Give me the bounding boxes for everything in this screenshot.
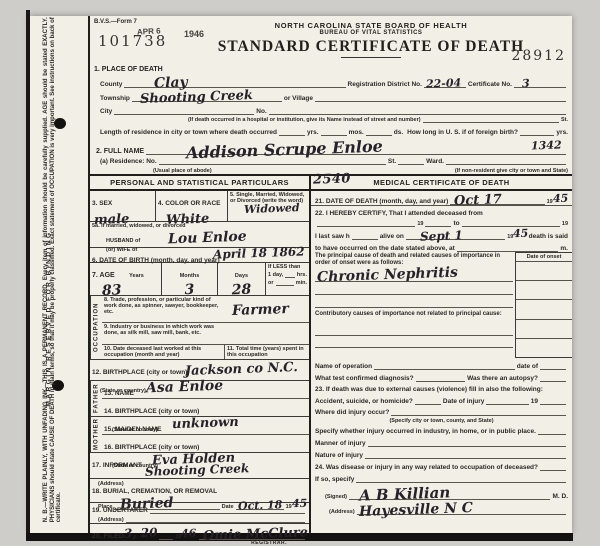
test-row: What test confirmed diagnosis? Was there… <box>311 370 572 382</box>
days-label: Days <box>235 273 248 279</box>
occurred-label: to have occurred on the date stated abov… <box>315 245 455 252</box>
autopsy-line <box>540 375 566 382</box>
board-name: NORTH CAROLINA STATE BOARD OF HEALTH <box>200 21 542 30</box>
dod-19: 19 <box>547 199 553 205</box>
registrar-line: Omie McClure <box>199 533 305 540</box>
district-label: Registration District No. <box>348 81 422 88</box>
mother-name-label: 15. MAIDEN NAME <box>104 426 161 433</box>
occupation-group: OCCUPATION 8. Trade, profession, or part… <box>90 296 309 360</box>
county-row: County Clay Registration District No. 22… <box>90 74 572 88</box>
onset-line <box>516 339 572 357</box>
burial-cell: 18. BURIAL, CREMATION, OR REMOVAL Place … <box>90 479 309 502</box>
county-line: Clay <box>124 81 345 88</box>
mother-bp-label: 16. BIRTHPLACE (city or town) <box>104 444 199 451</box>
injury-date-line <box>486 398 528 405</box>
to-line <box>462 220 560 227</box>
operation-line <box>374 363 515 370</box>
father-group: FATHER 13. NAME Asa Enloe 14. BIRTHPLACE… <box>90 381 309 417</box>
spouse-value: Lou Enloe <box>168 229 247 248</box>
years-label: Years <box>129 273 144 279</box>
bureau-name: BUREAU OF VITAL STATISTICS <box>200 30 542 36</box>
undertaker-cell: 19. UNDERTAKER (Address) <box>90 503 309 523</box>
less-line3a: or <box>268 280 274 286</box>
father-name-row: 13. NAME Asa Enloe <box>102 381 309 399</box>
ifso-label: If so, specify <box>315 476 354 483</box>
age-years-cell: 7. AGE Years 83 <box>90 263 162 295</box>
birthplace-cell: 12. BIRTHPLACE (city or town) (State or … <box>90 360 309 380</box>
onset-line <box>516 262 572 281</box>
dod-year-value: 45 <box>552 192 568 206</box>
serial-number: 28912 <box>511 48 566 64</box>
informant-row: 17. INFORMANT Eva Holden (Address) Shoot… <box>90 453 309 479</box>
certificate-paper: N. B.—WRITE PLAINLY, WITH UNFADING INK—T… <box>30 16 572 533</box>
father-bp-label: 14. BIRTHPLACE (city or town) <box>104 408 199 415</box>
cause-line-2 <box>315 282 513 295</box>
informant-cell: 17. INFORMANT Eva Holden (Address) Shoot… <box>90 453 309 478</box>
months-label: Months <box>180 273 200 279</box>
house-no-label: No. <box>256 108 266 115</box>
age-years-value: 83 <box>102 281 160 299</box>
onset-header: Date of onset <box>516 253 572 262</box>
city-note-row: (If death occurred in a hospital or inst… <box>90 115 572 123</box>
lastsaw-blank <box>352 233 378 240</box>
test-line <box>416 375 465 382</box>
totaltime-label: 11. Total time (years) spent in this occ… <box>225 345 309 359</box>
onset-line <box>516 320 572 339</box>
st-line <box>398 158 424 165</box>
sex-cell: 3. SEX male <box>90 191 156 221</box>
medical-column: 2540 MEDICAL CERTIFICATE OF DEATH 21. DA… <box>311 176 572 534</box>
manner-label: Manner of injury <box>315 440 366 447</box>
date-stamp-monthday: APR 6 <box>137 26 161 36</box>
form-number: B.V.S.—Form 7 <box>94 19 137 25</box>
spouse-label2: HUSBAND of <box>106 238 140 244</box>
certno-line: 3 <box>514 81 566 88</box>
nature-line <box>365 452 566 459</box>
occupation-vertical-label: OCCUPATION <box>90 296 102 359</box>
dod-value: Oct 17 <box>454 192 502 209</box>
industry-blank <box>224 323 309 344</box>
ward-line <box>446 158 566 165</box>
hw-number: 2540 <box>313 172 351 186</box>
accident-line <box>415 398 441 405</box>
injury-date-label: Date of injury <box>443 398 485 405</box>
trade-row: 8. Trade, profession, or particular kind… <box>102 296 309 323</box>
mother-name-row: 15. MAIDEN NAME unknown <box>102 417 309 435</box>
marital-value: Widowed <box>244 201 307 216</box>
binding-margin: N. B.—WRITE PLAINLY, WITH UNFADING INK—T… <box>30 16 90 533</box>
occurred-line <box>457 245 559 252</box>
operation-label: Name of operation <box>315 363 372 370</box>
spacer <box>96 168 151 174</box>
test-label: What test confirmed diagnosis? <box>315 375 414 382</box>
contrib-line-2 <box>315 336 513 348</box>
spouse-label1: 5a. If married, widowed, or divorced <box>92 223 307 229</box>
certify-label: 22. I HEREBY CERTIFY, That I attended de… <box>315 210 483 217</box>
mother-name-value: unknown <box>172 415 239 432</box>
ifso-line <box>356 476 566 483</box>
yrs-label: yrs. <box>307 129 319 136</box>
dateof-label: date of <box>517 363 538 370</box>
village-label: or Village <box>284 95 313 102</box>
dod-row: 21. DATE OF DEATH (month, day, and year)… <box>311 191 572 206</box>
certno-value: 3 <box>522 77 530 90</box>
place-of-death-label: 1. PLACE OF DEATH <box>94 66 163 73</box>
md-label: M. D. <box>552 493 568 500</box>
external-row: 23. If death was due to external causes … <box>311 382 572 393</box>
district-line: 22-04 <box>424 81 466 88</box>
lastsaw-label1: I last saw h <box>315 233 350 240</box>
district-value: 22-04 <box>426 76 462 90</box>
personal-column: PERSONAL AND STATISTICAL PARTICULARS 3. … <box>90 176 311 534</box>
age-days-cell: Days 28 <box>218 263 266 295</box>
filed-date-value: 3, 20 <box>124 525 158 540</box>
abode-note: (Usual place of abode) <box>153 168 212 174</box>
race-cell: 4. COLOR OR RACE White <box>156 191 228 221</box>
related-row: 24. Was disease or injury in any way rel… <box>311 459 572 471</box>
margin-reserved-text: MARGIN RESERVED FOR BINDING <box>46 217 53 407</box>
father-vertical-label: FATHER <box>90 381 102 416</box>
related-line <box>540 464 566 471</box>
mother-group: MOTHER 15. MAIDEN NAME unknown 16. BIRTH… <box>90 417 309 453</box>
undertaker-addr-line <box>126 516 305 523</box>
medical-header-text: MEDICAL CERTIFICATE OF DEATH <box>373 178 509 187</box>
manner-row: Manner of injury <box>311 435 572 447</box>
physician-address: Hayesville N C <box>358 500 472 520</box>
ds-label: ds. <box>394 129 403 136</box>
address-row: (Address) Hayesville N C <box>311 500 572 515</box>
from-year-line <box>425 220 451 227</box>
trade-label: 8. Trade, profession, or particular kind… <box>102 296 224 322</box>
house-no-line <box>269 108 566 115</box>
residence-label: (a) Residence: No. <box>100 158 157 165</box>
form-header: B.V.S.—Form 7 101738 APR 6 1946 NORTH CA… <box>90 16 572 74</box>
filed-row: 20. FILED 3, 20 19 46 Omie McClure REGIS… <box>90 524 309 546</box>
mos-line <box>321 129 347 136</box>
medical-header: 2540 MEDICAL CERTIFICATE OF DEATH <box>311 176 572 191</box>
birthplace-value: Jackson co N.C. <box>185 360 298 379</box>
township-label: Township <box>100 95 130 102</box>
informant-label: 17. INFORMANT <box>92 462 142 469</box>
undertaker-line <box>150 507 305 514</box>
dob-value: April 18 1862 <box>213 244 305 261</box>
manner-line <box>368 440 566 447</box>
residence-length-row: Length of residence in city or town wher… <box>90 123 572 136</box>
lastworked-row: 10. Date deceased last worked at this oc… <box>102 345 309 359</box>
length-label: Length of residence in city or town wher… <box>100 129 277 136</box>
cause-line-3 <box>315 295 513 308</box>
from-line <box>317 220 415 227</box>
less-line3b: min. <box>296 280 307 286</box>
ward-label: Ward. <box>426 158 444 165</box>
autopsy-label: Was there an autopsy? <box>467 375 538 382</box>
dob-cell: 6. DATE OF BIRTH (month, day, and year) … <box>90 248 309 262</box>
township-line: Shooting Creek <box>132 95 282 102</box>
spacer <box>96 117 186 123</box>
foreign-label: How long in U. S. if of foreign birth? <box>407 129 518 136</box>
operation-row: Name of operation date of <box>311 358 572 370</box>
fullname-row: 2. FULL NAME Addison Scrupe Enloe 1342 <box>90 136 572 155</box>
lastworked-label: 10. Date deceased last worked at this oc… <box>102 345 225 359</box>
header-center: NORTH CAROLINA STATE BOARD OF HEALTH BUR… <box>200 21 542 58</box>
informant-addr-value: Shooting Creek <box>145 461 250 479</box>
county-label: County <box>100 81 122 88</box>
spouse-cell: 5a. If married, widowed, or divorced HUS… <box>90 222 309 247</box>
mother-vertical-label: MOTHER <box>90 417 102 452</box>
lastsaw-line: Sept 1 <box>406 233 505 240</box>
death-said-label: death is said <box>529 233 568 240</box>
nature-row: Nature of injury <box>311 447 572 459</box>
certno-label: Certificate No. <box>468 81 512 88</box>
where-row: Where did injury occur? <box>311 405 572 416</box>
burial-row: 18. BURIAL, CREMATION, OR REMOVAL Place … <box>90 479 309 503</box>
specify-place-row: (Specify city or town, county, and State… <box>311 416 572 424</box>
certify-row: 22. I HEREBY CERTIFY, That I attended de… <box>311 206 572 217</box>
specify-whether-label: Specify whether injury occurred in indus… <box>315 428 536 435</box>
cause-line-1: Chronic Nephritis <box>315 267 513 282</box>
date-of-onset-box: Date of onset <box>515 252 572 358</box>
where-line <box>391 409 566 416</box>
undertaker-row: 19. UNDERTAKER (Address) <box>90 503 309 524</box>
filed-line <box>159 533 173 540</box>
age-less-cell: If LESS than 1 day,hrs. ormin. <box>266 263 309 295</box>
spouse-row: 5a. If married, widowed, or divorced HUS… <box>90 222 309 248</box>
nature-label: Nature of injury <box>315 452 363 459</box>
filed-label: 20. FILED <box>92 533 124 540</box>
specify-whether-line <box>538 428 566 435</box>
age-months-value: 3 <box>164 281 216 299</box>
lastsaw-row: I last saw h alive on Sept 1 19 45 death… <box>311 227 572 240</box>
nonresident-note: (If non-resident give city or town and S… <box>455 168 568 174</box>
accident-row: Accident, suicide, or homicide? Date of … <box>311 393 572 405</box>
industry-row: 9. Industry or business in which work wa… <box>102 323 309 345</box>
yrs2-label: yrs. <box>556 129 568 136</box>
city-label: City <box>100 108 112 115</box>
burial-label: 18. BURIAL, CREMATION, OR REMOVAL <box>92 488 217 495</box>
ds-line <box>366 129 392 136</box>
principal-label: The principal cause of death and related… <box>315 253 513 267</box>
note-line <box>423 116 559 123</box>
signed-row: (Signed) A B Killian M. D. <box>311 483 572 500</box>
lastsaw-value: Sept 1 <box>420 228 463 243</box>
city-line <box>114 108 254 115</box>
residence-line <box>159 158 386 165</box>
undertaker-addr-label: (Address) <box>98 517 124 523</box>
sex-race-marital-row: 3. SEX male 4. COLOR OR RACE White 5. Si… <box>90 191 309 222</box>
onset-line <box>516 300 572 319</box>
dod-label: 21. DATE OF DEATH (month, day, and year) <box>315 198 448 205</box>
trade-value: Farmer <box>232 301 289 319</box>
ifso-row: If so, specify <box>311 471 572 483</box>
external-label: 23. If death was due to external causes … <box>315 386 543 393</box>
village-line <box>315 95 566 102</box>
industry-label: 9. Industry or business in which work wa… <box>102 323 224 344</box>
yrs-line <box>279 129 305 136</box>
father-name-value: Asa Enloe <box>146 378 224 397</box>
county-value: Clay <box>154 74 188 91</box>
physician-addr-line: Hayesville N C <box>357 508 566 515</box>
accident-label: Accident, suicide, or homicide? <box>315 398 413 405</box>
lastsaw-year-value: 45 <box>513 227 529 241</box>
attended-dates-row: 19 to 19 <box>311 217 572 227</box>
undertaker-label: 19. UNDERTAKER <box>92 507 148 514</box>
related-label: 24. Was disease or injury in any way rel… <box>315 464 538 471</box>
cause-section: The principal cause of death and related… <box>311 252 572 358</box>
hospital-note: (If death occurred in a hospital or inst… <box>188 117 421 123</box>
less-line2b: hrs. <box>297 272 307 278</box>
age-months-cell: Months 3 <box>162 263 218 295</box>
race-label: 4. COLOR OR RACE <box>158 200 220 207</box>
onset-line <box>516 281 572 300</box>
corner-number: 1342 <box>531 138 562 152</box>
fullname-line: Addison Scrupe Enloe 1342 <box>146 148 566 155</box>
personal-header: PERSONAL AND STATISTICAL PARTICULARS <box>90 176 309 191</box>
mos-label: mos. <box>349 129 364 136</box>
m-label: m. <box>560 245 568 252</box>
dob-row: 6. DATE OF BIRTH (month, day, and year) … <box>90 248 309 263</box>
marital-cell: 5. Single, Married, Widowed, or Divorced… <box>228 191 309 221</box>
filed-year-value: 46 <box>181 527 197 541</box>
age-label: 7. AGE <box>92 272 115 279</box>
specify-whether-row: Specify whether injury occurred in indus… <box>311 424 572 435</box>
father-name-label: 13. NAME <box>104 390 134 397</box>
age-row: 7. AGE Years 83 Months 3 Days 28 If LESS… <box>90 263 309 296</box>
where-label: Where did injury occur? <box>315 409 389 416</box>
injury-year-line <box>540 398 566 405</box>
title-rule <box>341 57 401 58</box>
to-label: to <box>453 220 459 227</box>
foreign-line <box>520 129 554 136</box>
contrib-line-1 <box>315 324 513 336</box>
dod-line: Oct 17 <box>450 198 544 205</box>
certificate-title: STANDARD CERTIFICATE OF DEATH <box>200 38 542 56</box>
residence-st-label: St. <box>388 158 396 165</box>
birthplace-label: 12. BIRTHPLACE (city or town) <box>92 369 187 376</box>
signature-line: A B Killian <box>349 493 550 500</box>
lastsaw-label2: alive on <box>380 233 404 240</box>
dateof-line <box>540 363 566 370</box>
fullname-label: 2. FULL NAME <box>96 148 144 155</box>
less-line2a: 1 day, <box>268 272 283 278</box>
contributory-label: Contributory causes of importance not re… <box>315 311 513 324</box>
certificate-form: B.V.S.—Form 7 101738 APR 6 1946 NORTH CA… <box>90 16 572 533</box>
columns: PERSONAL AND STATISTICAL PARTICULARS 3. … <box>90 174 572 534</box>
st-label: St. <box>561 117 568 123</box>
sex-label: 3. SEX <box>92 200 112 207</box>
physician-addr-label: (Address) <box>329 509 355 515</box>
injury-19: 19 <box>531 398 538 405</box>
